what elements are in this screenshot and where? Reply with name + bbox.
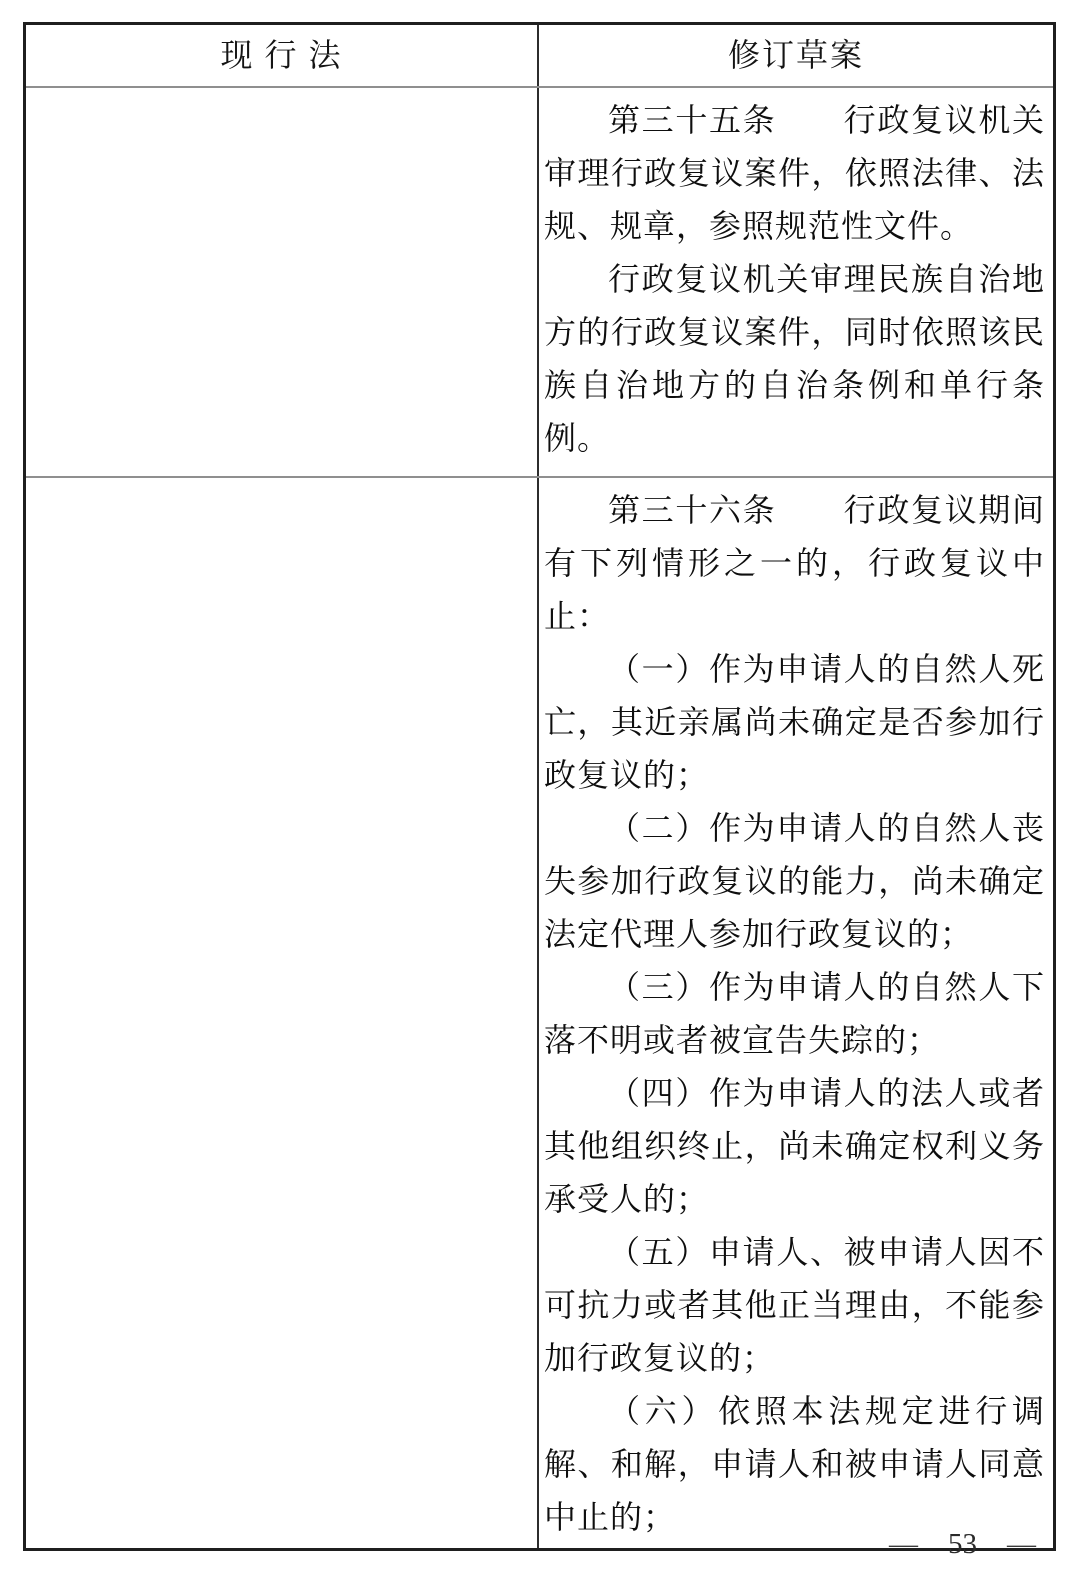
table-header-row: 现 行 法 修订草案 [26,25,1053,86]
paragraph-article-36-item-6: （六）依照本法规定进行调解、和解，申请人和被申请人同意中止的； [544,1385,1045,1544]
paragraph-article-36-item-1: （一）作为申请人的自然人死亡，其近亲属尚未确定是否参加行政复议的； [544,643,1045,802]
paragraph-article-36-intro: 第三十六条 行政复议期间有下列情形之一的，行政复议中止： [544,484,1045,643]
paragraph-article-36-item-5: （五）申请人、被申请人因不可抗力或者其他正当理由，不能参加行政复议的； [544,1226,1045,1385]
page-number-value: 53 [948,1528,977,1561]
cell-current-law-article-35 [26,88,539,476]
paragraph-article-36-item-4: （四）作为申请人的法人或者其他组织终止，尚未确定权利义务承受人的； [544,1067,1045,1226]
table-row-article-35: 第三十五条 行政复议机关审理行政复议案件，依照法律、法规、规章，参照规范性文件。… [26,86,1053,476]
page-number-dash-right: — [1007,1528,1036,1561]
paragraph-article-36-item-3: （三）作为申请人的自然人下落不明或者被宣告失踪的； [544,961,1045,1067]
page-number-dash-left: — [889,1528,918,1561]
paragraph-article-36-item-2: （二）作为申请人的自然人丧失参加行政复议的能力，尚未确定法定代理人参加行政复议的… [544,802,1045,961]
page-number: — 53 — [889,1528,1036,1561]
paragraph-article-35-main: 第三十五条 行政复议机关审理行政复议案件，依照法律、法规、规章，参照规范性文件。 [544,94,1045,253]
comparison-table: 现 行 法 修订草案 第三十五条 行政复议机关审理行政复议案件，依照法律、法规、… [23,22,1056,1551]
header-revised-draft: 修订草案 [539,25,1053,86]
cell-current-law-article-36 [26,478,539,1548]
document-page: { "table": { "header": { "current_law": … [0,0,1080,1596]
cell-revised-draft-article-35: 第三十五条 行政复议机关审理行政复议案件，依照法律、法规、规章，参照规范性文件。… [539,88,1053,476]
cell-revised-draft-article-36: 第三十六条 行政复议期间有下列情形之一的，行政复议中止： （一）作为申请人的自然… [539,478,1053,1548]
header-current-law: 现 行 法 [26,25,539,86]
paragraph-article-35-clause-2: 行政复议机关审理民族自治地方的行政复议案件，同时依照该民族自治地方的自治条例和单… [544,253,1045,465]
table-row-article-36: 第三十六条 行政复议期间有下列情形之一的，行政复议中止： （一）作为申请人的自然… [26,476,1053,1548]
